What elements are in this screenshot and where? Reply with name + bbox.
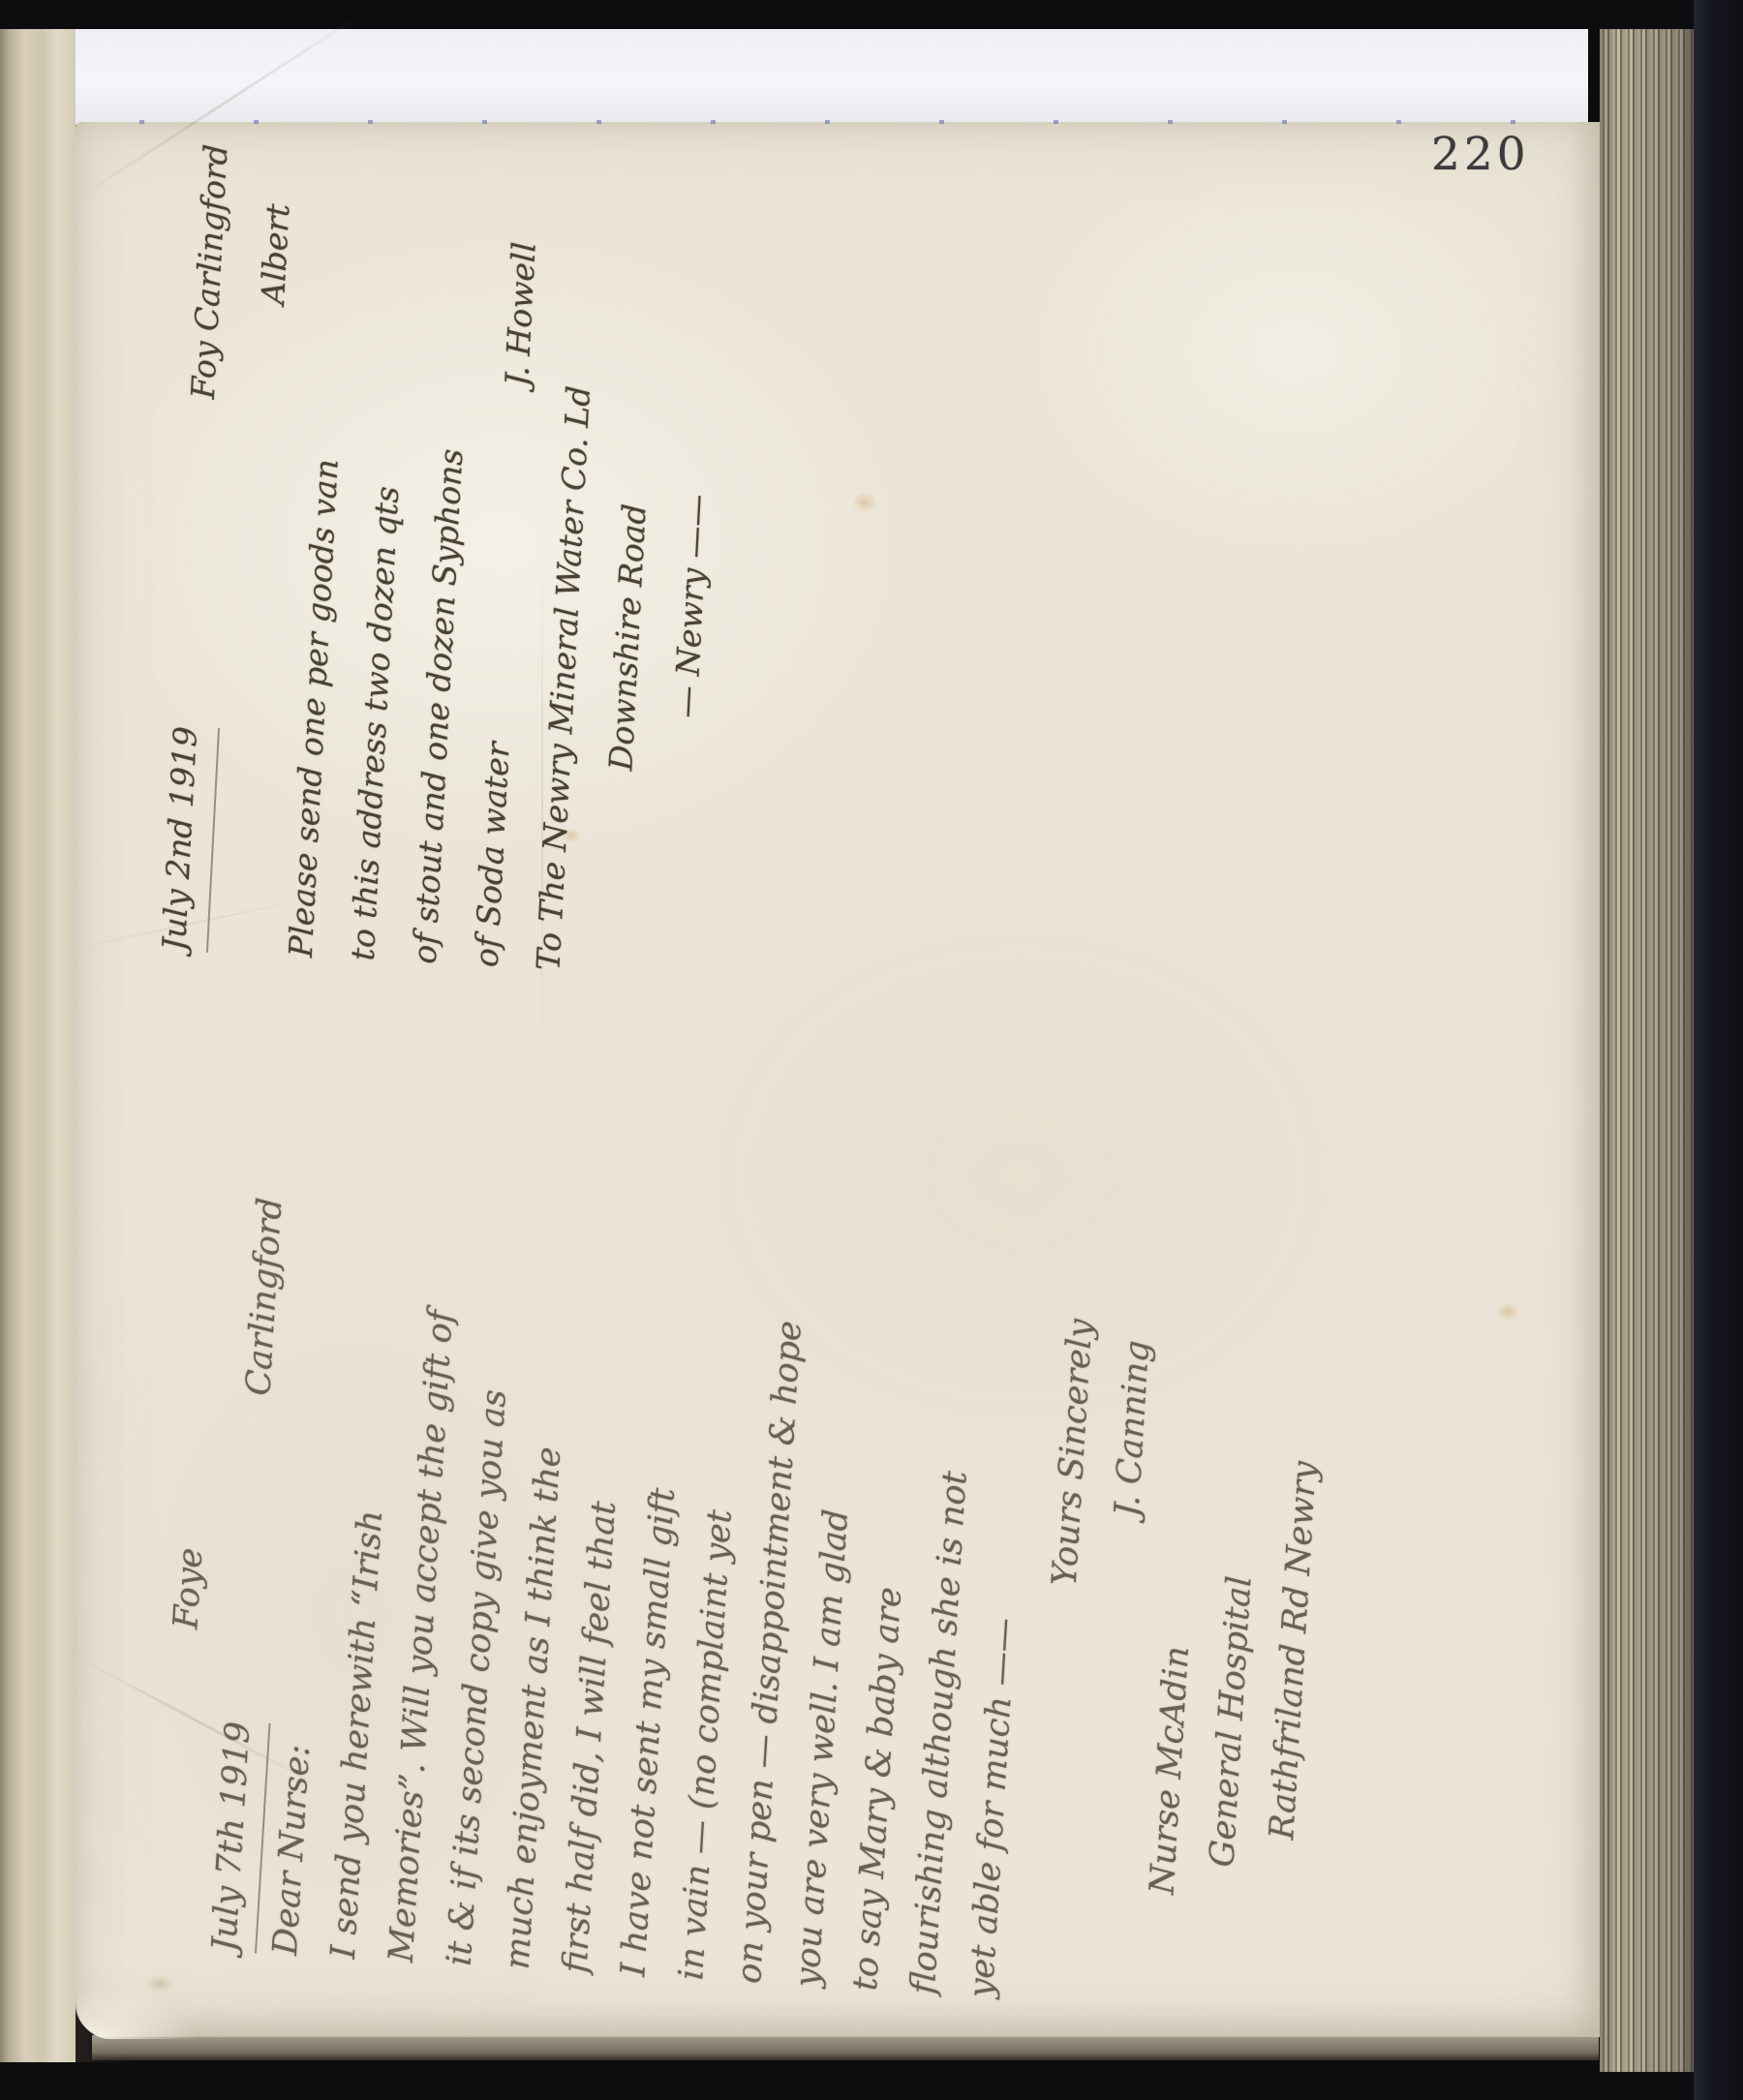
- underlying-page-top-edge: [76, 29, 1588, 125]
- letter-1-date: July 2nd 1919: [143, 725, 220, 953]
- underlying-pages-bottom-edge: [92, 2035, 1599, 2060]
- paper-stain: [145, 1975, 174, 1993]
- letter-1-signature: J. Howell: [486, 134, 561, 387]
- book-spine-left-edge: [0, 29, 76, 2062]
- letter-1-handwritten: July 2nd 1919 Foy Carlingford Albert Ple…: [143, 117, 893, 986]
- page-number: 220: [1431, 128, 1530, 181]
- page-stack-fore-edge: [1600, 29, 1694, 2072]
- scanned-letterbook-page: 220 July 2nd 1919 Foy Carlingford Albert…: [0, 0, 1743, 2100]
- paper-stain: [1496, 1302, 1519, 1322]
- book-cover-edge: [1694, 0, 1743, 2100]
- handwritten-line: of Soda water: [456, 741, 530, 969]
- letter-2-handwritten: Foye July 7th 1919 Carlingford Dear Nurs…: [138, 1028, 1431, 2022]
- page-corner-curl: [77, 1956, 261, 2039]
